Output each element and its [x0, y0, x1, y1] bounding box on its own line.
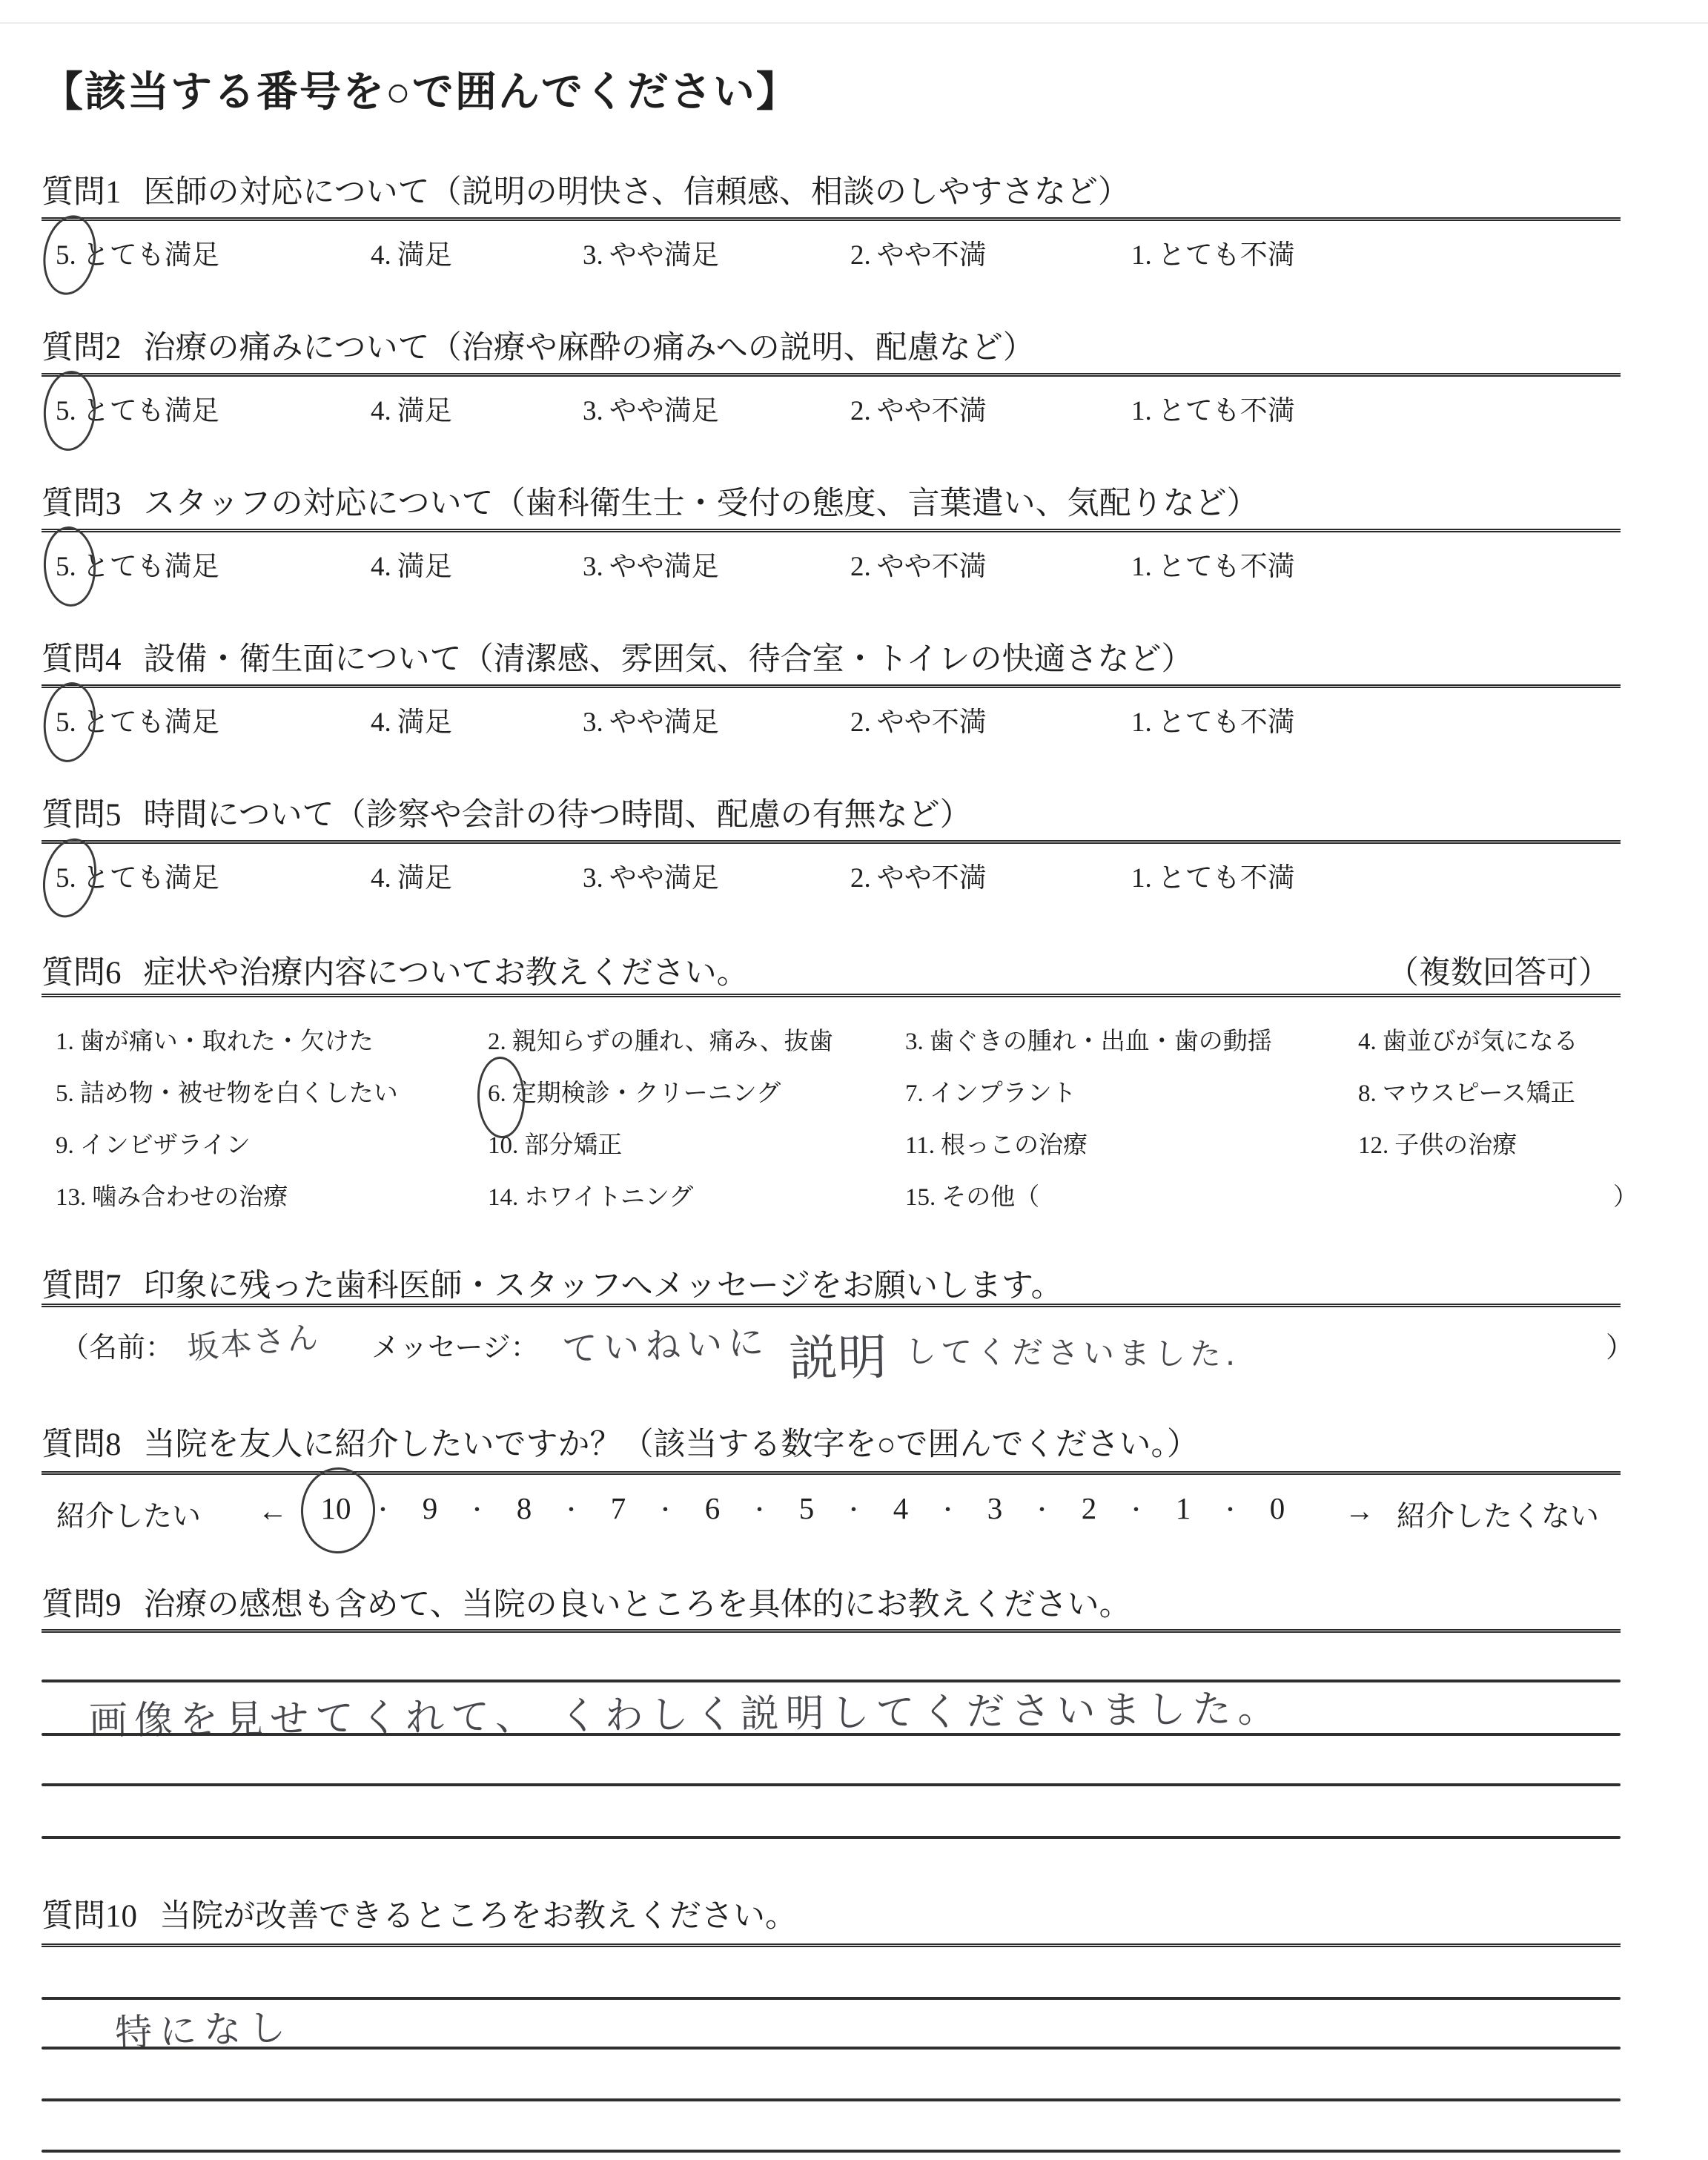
nps-left-label: 紹介したい [56, 1493, 201, 1535]
question-10: 質問10 当院が改善できるところをお教えください。 特になし [42, 1891, 1635, 2158]
close-paren: ） [1606, 1324, 1634, 1365]
dot-separator: ・ [924, 1492, 971, 1525]
dot-separator: ・ [1019, 1492, 1065, 1525]
rating-option: 1.とても不満 [1131, 232, 1295, 272]
divider [42, 684, 1621, 688]
divider [42, 1629, 1621, 1633]
question-6-note: （複数回答可） [1387, 948, 1610, 993]
question-1-label: 質問1 [42, 167, 122, 212]
nps-number: 7 [595, 1490, 642, 1526]
answer-line [42, 1733, 1621, 1736]
option-text: とても満足 [82, 863, 219, 894]
hand-drawn-circle [299, 1466, 377, 1554]
nps-scale: 紹介したい ← 10 ・ 9 ・ 8 ・ 7 ・ 6 ・ 5 ・ 4 ・ 3 ・… [42, 1487, 1635, 1539]
rating-option: 4.満足 [371, 544, 452, 584]
symptom-item-8: 8.マウスピース矯正 [1358, 1074, 1575, 1109]
nps-number: 1 [1159, 1490, 1207, 1526]
question-4: 質問4 設備・衛生面について（清潔感、雰囲気、待合室・トイレの快適さなど） 5.… [42, 634, 1635, 753]
question-6: 質問6 症状や治療内容についてお教えください。 （複数回答可） 1.歯が痛い・取… [42, 948, 1635, 1229]
nps-number: 9 [406, 1490, 454, 1526]
question-7-label: 質問7 [42, 1261, 122, 1306]
option-number: 5. [56, 863, 76, 894]
rating-option: 2.やや不満 [850, 544, 987, 584]
question-3-label: 質問3 [42, 478, 122, 524]
question-9-label: 質問9 [42, 1579, 122, 1625]
scan-artifact-line [0, 22, 1708, 24]
nps-number: 4 [877, 1490, 924, 1526]
rating-option-selected: 5.とても満足 [56, 388, 219, 428]
rating-option-selected: 5.とても満足 [56, 855, 219, 895]
option-text: とても満足 [82, 552, 219, 582]
question-1-title: 医師の対応について（説明の明快さ、信頼感、相談のしやすさなど） [144, 167, 1130, 212]
question-4-heading: 質問4 設備・衛生面について（清潔感、雰囲気、待合室・トイレの快適さなど） [42, 634, 1622, 679]
question-1-heading: 質問1 医師の対応について（説明の明快さ、信頼感、相談のしやすさなど） [42, 167, 1622, 212]
question-3-options: 5.とても満足 4.満足 3.やや満足 2.やや不満 1.とても不満 [42, 544, 1622, 588]
handwritten-message-part2: 説明 [788, 1318, 887, 1390]
symptom-item-15: 15.その他（ [905, 1178, 1039, 1212]
handwritten-message-part1: ていねいに [561, 1313, 770, 1372]
question-7-title: 印象に残った歯科医師・スタッフへメッセージをお願いします。 [144, 1261, 1063, 1306]
item-number: 6. [488, 1080, 506, 1107]
rating-option: 2.やや不満 [850, 232, 987, 272]
dot-separator: ・ [1113, 1492, 1159, 1525]
form-title: 【該当する番号を○で囲んでください】 [42, 59, 799, 119]
dot-separator: ・ [548, 1492, 595, 1525]
question-4-options: 5.とても満足 4.満足 3.やや満足 2.やや不満 1.とても不満 [42, 699, 1622, 744]
question-8: 質問8 当院を友人に紹介したいですか？（該当する数字を○で囲んでください。） 紹… [42, 1419, 1635, 1553]
divider [42, 217, 1621, 221]
rating-option: 1.とても不満 [1131, 855, 1295, 895]
hand-drawn-circle [38, 211, 102, 299]
divider [42, 1304, 1621, 1307]
question-1: 質問1 医師の対応について（説明の明快さ、信頼感、相談のしやすさなど） 5.とて… [42, 167, 1635, 285]
rating-option: 3.やや満足 [583, 544, 719, 584]
divider [42, 529, 1621, 532]
rating-option-selected: 5.とても満足 [56, 232, 219, 272]
nps-number: 3 [971, 1490, 1019, 1526]
question-2: 質問2 治療の痛みについて（治療や麻酔の痛みへの説明、配慮など） 5.とても満足… [42, 323, 1635, 441]
question-5-label: 質問5 [42, 790, 122, 835]
divider [42, 840, 1621, 844]
answer-line [42, 2047, 1621, 2050]
question-5: 質問5 時間について（診察や会計の待つ時間、配慮の有無など） 5.とても満足 4… [42, 790, 1635, 908]
rating-option: 4.満足 [371, 388, 452, 428]
right-arrow-icon: → [1345, 1493, 1374, 1528]
name-field-label: （名前： [61, 1324, 173, 1365]
symptom-item-5: 5.詰め物・被せ物を白くしたい [56, 1074, 398, 1109]
rating-option: 1.とても不満 [1131, 699, 1295, 739]
question-6-label: 質問6 [42, 948, 122, 993]
nps-number: 0 [1254, 1490, 1301, 1526]
rating-option: 2.やや不満 [850, 855, 987, 895]
hand-drawn-circle [41, 369, 98, 453]
question-9-heading: 質問9 治療の感想も含めて、当院の良いところを具体的にお教えください。 [42, 1579, 1622, 1625]
nps-numbers: 10 ・ 9 ・ 8 ・ 7 ・ 6 ・ 5 ・ 4 ・ 3 ・ 2 ・ 1 ・ [312, 1490, 1301, 1526]
rating-option: 3.やや満足 [583, 699, 719, 739]
dot-separator: ・ [454, 1492, 500, 1525]
option-number: 5. [56, 707, 76, 738]
rating-option: 1.とても不満 [1131, 388, 1295, 428]
question-2-label: 質問2 [42, 323, 122, 368]
dot-separator: ・ [736, 1492, 783, 1525]
divider [42, 994, 1621, 997]
nps-number: 5 [783, 1490, 830, 1526]
question-7-heading: 質問7 印象に残った歯科医師・スタッフへメッセージをお願いします。 [42, 1261, 1622, 1306]
question-6-heading: 質問6 症状や治療内容についてお教えください。 （複数回答可） [42, 948, 1622, 993]
rating-option: 4.満足 [371, 699, 452, 739]
rating-option: 3.やや満足 [583, 388, 719, 428]
question-8-label: 質問8 [42, 1419, 122, 1464]
question-8-title: 当院を友人に紹介したいですか？（該当する数字を○で囲んでください。） [144, 1419, 1199, 1464]
option-text: とても満足 [82, 240, 219, 271]
symptom-item-14: 14.ホワイトニング [488, 1178, 693, 1212]
symptom-item-7: 7.インプラント [905, 1074, 1076, 1109]
divider [42, 373, 1621, 377]
question-5-heading: 質問5 時間について（診察や会計の待つ時間、配慮の有無など） [42, 790, 1622, 835]
question-7-answer-row: （名前： 坂本さん メッセージ： ていねいに 説明 してくださいました. ） [42, 1314, 1635, 1410]
symptom-item-15-close-paren: ） [1613, 1178, 1638, 1212]
symptom-item-10: 10.部分矯正 [488, 1126, 622, 1160]
answer-line [42, 2098, 1621, 2101]
hand-drawn-circle [42, 525, 98, 608]
nps-number-10-selected: 10 [312, 1490, 360, 1526]
question-8-heading: 質問8 当院を友人に紹介したいですか？（該当する数字を○で囲んでください。） [42, 1419, 1622, 1464]
question-10-label: 質問10 [42, 1891, 137, 1936]
rating-option: 2.やや不満 [850, 388, 987, 428]
rating-option: 4.満足 [371, 232, 452, 272]
divider [42, 1943, 1621, 1947]
symptom-item-13: 13.噛み合わせの治療 [56, 1178, 288, 1212]
hand-drawn-circle [36, 833, 104, 922]
survey-form-scan: 【該当する番号を○で囲んでください】 質問1 医師の対応について（説明の明快さ、… [0, 0, 1708, 2160]
symptom-item-2: 2.親知らずの腫れ、痛み、抜歯 [488, 1022, 833, 1057]
left-arrow-icon: ← [258, 1493, 288, 1528]
option-number: 5. [56, 240, 76, 271]
question-2-title: 治療の痛みについて（治療や麻酔の痛みへの説明、配慮など） [144, 323, 1035, 368]
question-9-title: 治療の感想も含めて、当院の良いところを具体的にお教えください。 [144, 1579, 1131, 1625]
handwritten-name: 坂本さん [185, 1312, 322, 1368]
option-number: 5. [56, 552, 76, 582]
question-3-heading: 質問3 スタッフの対応について（歯科衛生士・受付の態度、言葉遣い、気配りなど） [42, 478, 1622, 524]
nps-number: 2 [1065, 1490, 1113, 1526]
answer-line [42, 1836, 1621, 1839]
option-text: とても満足 [82, 396, 219, 426]
option-number: 5. [56, 396, 76, 426]
divider [42, 1471, 1621, 1475]
question-7: 質問7 印象に残った歯科医師・スタッフへメッセージをお願いします。 （名前： 坂… [42, 1261, 1635, 1424]
rating-option-selected: 5.とても満足 [56, 699, 219, 739]
dot-separator: ・ [1207, 1492, 1254, 1525]
symptom-item-9: 9.インビザライン [56, 1126, 251, 1160]
nps-number: 6 [689, 1490, 736, 1526]
symptom-item-3: 3.歯ぐきの腫れ・出血・歯の動揺 [905, 1022, 1272, 1057]
question-2-options: 5.とても満足 4.満足 3.やや満足 2.やや不満 1.とても不満 [42, 388, 1622, 432]
message-field-label: メッセージ： [371, 1324, 539, 1365]
symptom-item-6-selected: 6.定期検診・クリーニング [488, 1074, 781, 1109]
rating-option: 2.やや不満 [850, 699, 987, 739]
question-6-title: 症状や治療内容についてお教えください。 [144, 948, 749, 993]
dot-separator: ・ [830, 1492, 877, 1525]
question-10-title: 当院が改善できるところをお教えください。 [159, 1891, 797, 1936]
nps-right-label: 紹介したくない [1397, 1493, 1599, 1535]
question-4-label: 質問4 [42, 634, 122, 679]
symptom-item-12: 12.子供の治療 [1358, 1126, 1517, 1160]
rating-option: 3.やや満足 [583, 855, 719, 895]
question-4-title: 設備・衛生面について（清潔感、雰囲気、待合室・トイレの快適さなど） [144, 634, 1194, 679]
rating-option: 1.とても不満 [1131, 544, 1295, 584]
symptom-item-4: 4.歯並びが気になる [1358, 1022, 1578, 1057]
rating-option-selected: 5.とても満足 [56, 544, 219, 584]
hand-drawn-circle [40, 680, 100, 765]
question-1-options: 5.とても満足 4.満足 3.やや満足 2.やや不満 1.とても不満 [42, 232, 1622, 277]
question-5-options: 5.とても満足 4.満足 3.やや満足 2.やや不満 1.とても不満 [42, 855, 1622, 899]
question-2-heading: 質問2 治療の痛みについて（治療や麻酔の痛みへの説明、配慮など） [42, 323, 1622, 368]
symptom-item-1: 1.歯が痛い・取れた・欠けた [56, 1022, 374, 1057]
question-5-title: 時間について（診察や会計の待つ時間、配慮の有無など） [144, 790, 972, 835]
symptom-item-11: 11.根っこの治療 [905, 1126, 1088, 1160]
question-9: 質問9 治療の感想も含めて、当院の良いところを具体的にお教えください。 画像を見… [42, 1579, 1635, 1876]
question-3: 質問3 スタッフの対応について（歯科衛生士・受付の態度、言葉遣い、気配りなど） … [42, 478, 1635, 597]
handwritten-message-part3: してくださいました. [905, 1327, 1240, 1375]
question-3-title: スタッフの対応について（歯科衛生士・受付の態度、言葉遣い、気配りなど） [144, 478, 1259, 524]
answer-line [42, 2150, 1621, 2153]
question-10-heading: 質問10 当院が改善できるところをお教えください。 [42, 1891, 1622, 1936]
dot-separator: ・ [642, 1492, 689, 1525]
nps-number: 8 [500, 1490, 548, 1526]
rating-option: 3.やや満足 [583, 232, 719, 272]
answer-line [42, 1783, 1621, 1786]
rating-option: 4.満足 [371, 855, 452, 895]
option-text: とても満足 [82, 707, 219, 738]
